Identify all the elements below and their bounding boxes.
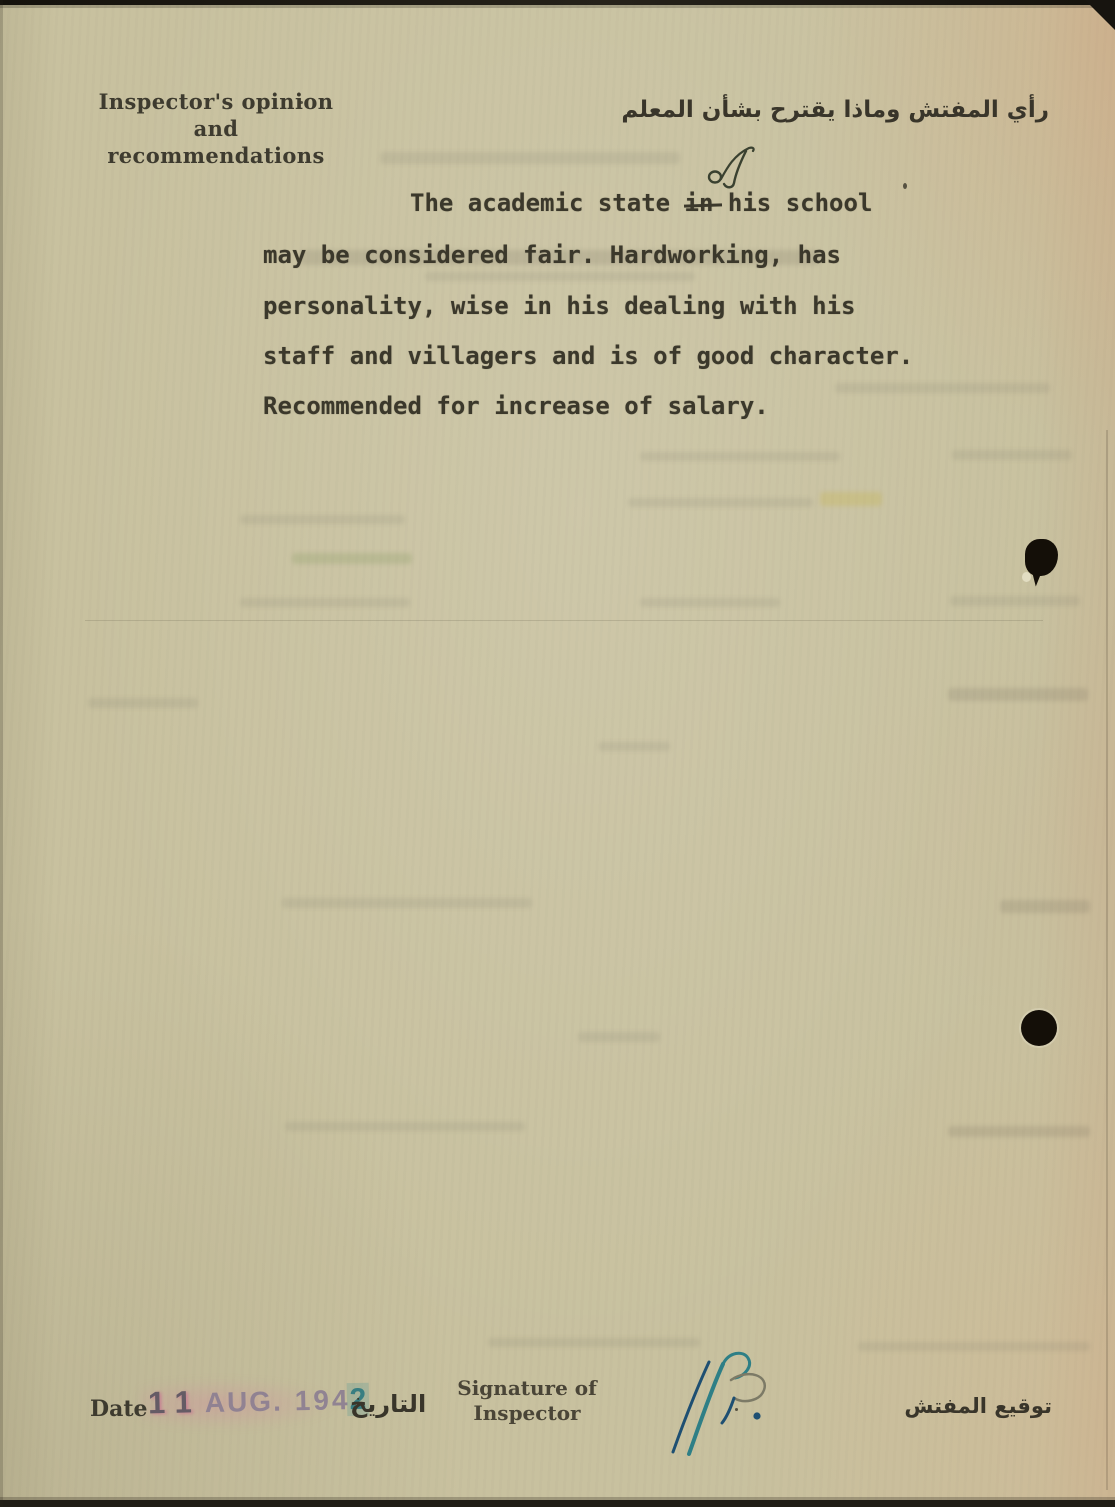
signature-label-line1: Signature of xyxy=(452,1376,602,1401)
typed-line-4: staff and villagers and is of good chara… xyxy=(263,342,913,370)
scan-corner-fold xyxy=(1085,0,1115,30)
show-through-smudge xyxy=(640,598,780,607)
signature-label: Signature of Inspector xyxy=(452,1376,602,1426)
scanned-document-page: Inspector's opinion and recommendations … xyxy=(0,0,1115,1507)
show-through-smudge xyxy=(285,1122,525,1131)
date-label: Date xyxy=(90,1396,148,1422)
show-through-smudge xyxy=(948,688,1088,701)
scan-edge-bottom xyxy=(0,1500,1115,1507)
inspector-signature-ink xyxy=(645,1350,780,1458)
show-through-smudge xyxy=(952,450,1072,460)
show-through-smudge xyxy=(240,515,405,524)
section-heading-arabic: رأي المفتش وماذا يقترح بشأن المعلم xyxy=(621,97,1049,123)
stamp-year-prefix: 194 xyxy=(294,1384,350,1416)
show-through-smudge xyxy=(948,1126,1090,1137)
show-through-smudge xyxy=(292,553,412,564)
show-through-smudge xyxy=(488,1338,700,1347)
section-heading-line1: Inspector's opinion and xyxy=(85,88,347,142)
show-through-smudge xyxy=(598,742,670,751)
show-through-smudge xyxy=(835,383,1050,393)
typed-line1-struck-word: in xyxy=(685,189,714,217)
show-through-smudge xyxy=(88,698,198,708)
typed-line-1: The academic state in his school xyxy=(410,189,872,217)
show-through-smudge xyxy=(858,1342,1090,1351)
punch-hole xyxy=(1021,1010,1057,1046)
stamp-month: AUG. xyxy=(204,1385,283,1418)
show-through-smudge xyxy=(425,272,695,281)
show-through-smudge xyxy=(950,596,1080,606)
ink-speck xyxy=(903,183,907,189)
show-through-smudge xyxy=(1000,900,1090,913)
ink-speck xyxy=(300,101,303,104)
typed-line-3: personality, wise in his dealing with hi… xyxy=(263,292,855,320)
show-through-smudge xyxy=(640,452,840,461)
stamp-day: 11 xyxy=(148,1384,204,1420)
show-through-smudge xyxy=(578,1032,660,1042)
typed-line1-post: his school xyxy=(713,189,872,217)
punch-hole xyxy=(1025,539,1058,576)
show-through-smudge xyxy=(282,898,532,908)
show-through-smudge xyxy=(380,152,680,164)
show-through-smudge xyxy=(240,598,410,607)
page-edge-line xyxy=(1106,430,1108,1490)
section-heading-english: Inspector's opinion and recommendations xyxy=(85,88,347,169)
scan-edge-top-shadow xyxy=(0,5,1115,8)
signature-label-line2: Inspector xyxy=(452,1401,602,1426)
signature-label-arabic: توقيع المفتش xyxy=(904,1394,1052,1418)
typed-line1-pre: The academic state xyxy=(410,189,685,217)
date-stamp: 11AUG.1942 xyxy=(148,1381,370,1422)
scan-edge-left xyxy=(0,0,3,1507)
show-through-smudge xyxy=(628,498,813,507)
show-through-smudge xyxy=(820,492,882,506)
typed-line-5: Recommended for increase of salary. xyxy=(263,392,769,420)
faint-horizontal-rule xyxy=(85,620,1043,621)
typed-line-2: may be considered fair. Hardworking, has xyxy=(263,241,841,269)
date-label-arabic: التاريخ xyxy=(350,1390,426,1418)
section-heading-line2: recommendations xyxy=(85,142,347,169)
handwritten-correction-of xyxy=(703,146,761,194)
